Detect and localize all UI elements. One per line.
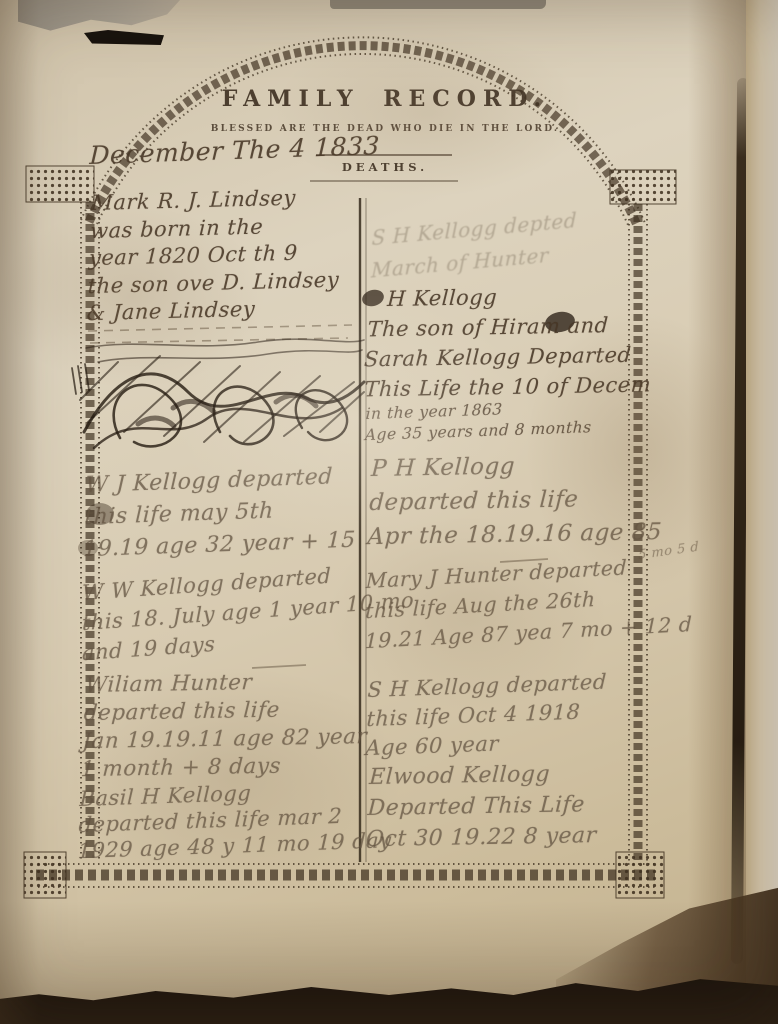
handwriting-line: P H Kellogg (370, 447, 666, 486)
top-right-blotch (750, 0, 774, 46)
top-center-smudge (330, 0, 546, 9)
record-entry-wj-kellogg: W J Kellogg departed this life may 5th 1… (83, 460, 359, 566)
handwriting-line: Oct 30 19.22 8 year (365, 820, 597, 855)
motto-line: BLESSED ARE THE DEAD WHO DIE IN THE LORD… (160, 124, 610, 134)
record-entry-lindsey-birth: Mark R. J. Lindsey was born in the year … (86, 183, 343, 327)
top-left-dark-smear (84, 30, 164, 45)
top-left-smudge (18, 0, 180, 36)
bottom-border (36, 864, 660, 887)
section-heading-deaths: DEATHS. (300, 160, 470, 174)
handwriting-line: Elwood Kellogg (368, 758, 600, 793)
record-entry-wiliam-hunter: Wiliam Hunter departed this life Jan 19.… (80, 667, 371, 784)
bottom-right-shadow (556, 876, 778, 1024)
record-entry-sh-kellogg: S H Kellogg departed this life Oct 4 191… (365, 668, 607, 764)
crease-line (731, 78, 749, 964)
record-entry-basil-kellogg: Basil H Kellogg departed this life mar 2… (77, 775, 394, 864)
record-entry-mary-hunter: Mary J Hunter departed this life Aug the… (364, 549, 693, 656)
record-entry-h-kellogg-detail: in the year 1863 Age 35 years and 8 mont… (365, 396, 593, 446)
handwriting-line: H Kellogg (386, 279, 656, 314)
record-entry-faded: S H Kellogg depted March of Hunter (371, 204, 577, 286)
photographed-family-record-page: FAMILY RECORD. BLESSED ARE THE DEAD WHO … (0, 0, 778, 1024)
handwriting-line: Departed This Life (367, 789, 599, 824)
page-title: FAMILY RECORD. (180, 86, 590, 112)
record-entry-ph-kellogg: P H Kellogg departed this life Apr the 1… (367, 447, 667, 554)
handwriting-line: & Jane Lindsey (86, 294, 339, 328)
photo-dark-band (0, 958, 778, 1024)
handwriting-line: departed this life (368, 481, 664, 520)
handwriting-line: Jan 19.19.11 age 82 year (82, 723, 368, 756)
record-entry-h-kellogg: H Kellogg The son of Hiram and Sarah Kel… (382, 279, 657, 404)
page-curl-shadow (688, 0, 760, 1010)
torn-page-edge (746, 0, 778, 1024)
record-entry-elwood-kellogg: Elwood Kellogg Departed This Life Oct 30… (365, 758, 601, 855)
handwriting-line: Apr the 18.19.16 age 85 (367, 515, 663, 554)
scribbled-out-entry (72, 339, 364, 448)
